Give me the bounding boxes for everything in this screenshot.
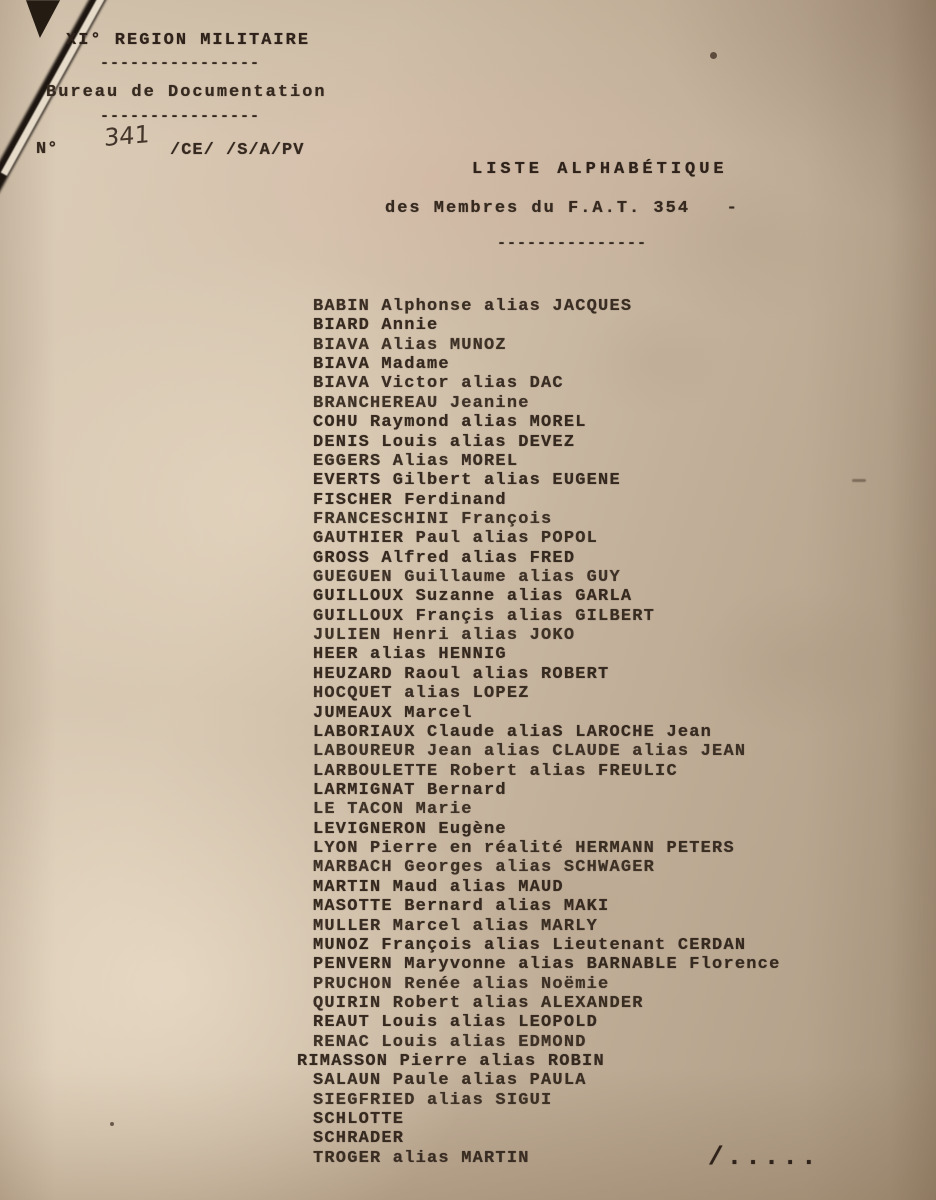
org-title-underline: ----------------: [100, 55, 260, 72]
list-item: GUILLOUX Françis alias GILBERT: [313, 607, 780, 626]
list-item: HEER alias HENNIG: [313, 645, 780, 664]
list-item: MUNOZ François alias Lieutenant CERDAN: [313, 936, 780, 955]
list-item: JUMEAUX Marcel: [313, 704, 780, 723]
list-item: GROSS Alfred alias FRED: [313, 549, 780, 568]
scanned-document-page: XI° REGION MILITAIRE ---------------- Bu…: [0, 0, 936, 1200]
list-item: LYON Pierre en réalité HERMANN PETERS: [313, 839, 780, 858]
list-item: LEVIGNERON Eugène: [313, 820, 780, 839]
list-item: SCHLOTTE: [313, 1110, 780, 1129]
list-item: LABORIAUX Claude aliaS LAROCHE Jean: [313, 723, 780, 742]
list-item: BIAVA Madame: [313, 355, 780, 374]
list-item: REAUT Louis alias LEOPOLD: [313, 1013, 780, 1032]
list-item: BIAVA Victor alias DAC: [313, 374, 780, 393]
list-item: BIARD Annie: [313, 316, 780, 335]
document-subtitle: des Membres du F.A.T. 354 -: [385, 199, 739, 218]
list-item: LARBOULETTE Robert alias FREULIC: [313, 762, 780, 781]
list-item: MARBACH Georges alias SCHWAGER: [313, 858, 780, 877]
list-item: PRUCHON Renée alias Noëmie: [313, 975, 780, 994]
list-item: BABIN Alphonse alias JACQUES: [313, 297, 780, 316]
continuation-mark: /.....: [708, 1142, 820, 1172]
list-item: MULLER Marcel alias MARLY: [313, 917, 780, 936]
list-item: GUEGUEN Guillaume alias GUY: [313, 568, 780, 587]
list-item: MARTIN Maud alias MAUD: [313, 878, 780, 897]
list-item: COHU Raymond alias MOREL: [313, 413, 780, 432]
title-underline: ---------------: [497, 235, 647, 252]
list-item: DENIS Louis alias DEVEZ: [313, 433, 780, 452]
list-item: FISCHER Ferdinand: [313, 491, 780, 510]
ink-speck: [110, 1122, 114, 1126]
org-title: XI° REGION MILITAIRE: [66, 31, 310, 50]
reference-number-handwritten: 341: [104, 120, 150, 152]
list-item: RIMASSON Pierre alias ROBIN: [297, 1052, 780, 1071]
list-item: GUILLOUX Suzanne alias GARLA: [313, 587, 780, 606]
list-item: EVERTS Gilbert alias EUGENE: [313, 471, 780, 490]
reference-code: /CE/ /S/A/PV: [170, 141, 304, 160]
ink-smudge: [852, 479, 866, 482]
list-item: EGGERS Alias MOREL: [313, 452, 780, 471]
ink-speck: [710, 52, 717, 59]
list-item: GAUTHIER Paul alias POPOL: [313, 529, 780, 548]
list-item: RENAC Louis alias EDMOND: [313, 1033, 780, 1052]
list-item: LE TACON Marie: [313, 800, 780, 819]
list-item: FRANCESCHINI François: [313, 510, 780, 529]
list-item: HOCQUET alias LOPEZ: [313, 684, 780, 703]
document-title: LISTE ALPHABÉTIQUE: [472, 160, 728, 179]
list-item: BRANCHEREAU Jeanine: [313, 394, 780, 413]
list-item: BIAVA Alias MUNOZ: [313, 336, 780, 355]
bureau-subtitle: Bureau de Documentation: [46, 83, 327, 102]
list-item: QUIRIN Robert alias ALEXANDER: [313, 994, 780, 1013]
list-item: SIEGFRIED alias SIGUI: [313, 1091, 780, 1110]
list-item: SALAUN Paule alias PAULA: [313, 1071, 780, 1090]
list-item: HEUZARD Raoul alias ROBERT: [313, 665, 780, 684]
page-corner-fold: [0, 0, 70, 40]
list-item: MASOTTE Bernard alias MAKI: [313, 897, 780, 916]
list-item: LABOUREUR Jean alias CLAUDE alias JEAN: [313, 742, 780, 761]
member-list: BABIN Alphonse alias JACQUESBIARD AnnieB…: [313, 297, 780, 1168]
list-item: PENVERN Maryvonne alias BARNABLE Florenc…: [313, 955, 780, 974]
list-item: LARMIGNAT Bernard: [313, 781, 780, 800]
list-item: JULIEN Henri alias JOKO: [313, 626, 780, 645]
reference-number-label: N°: [36, 140, 58, 159]
